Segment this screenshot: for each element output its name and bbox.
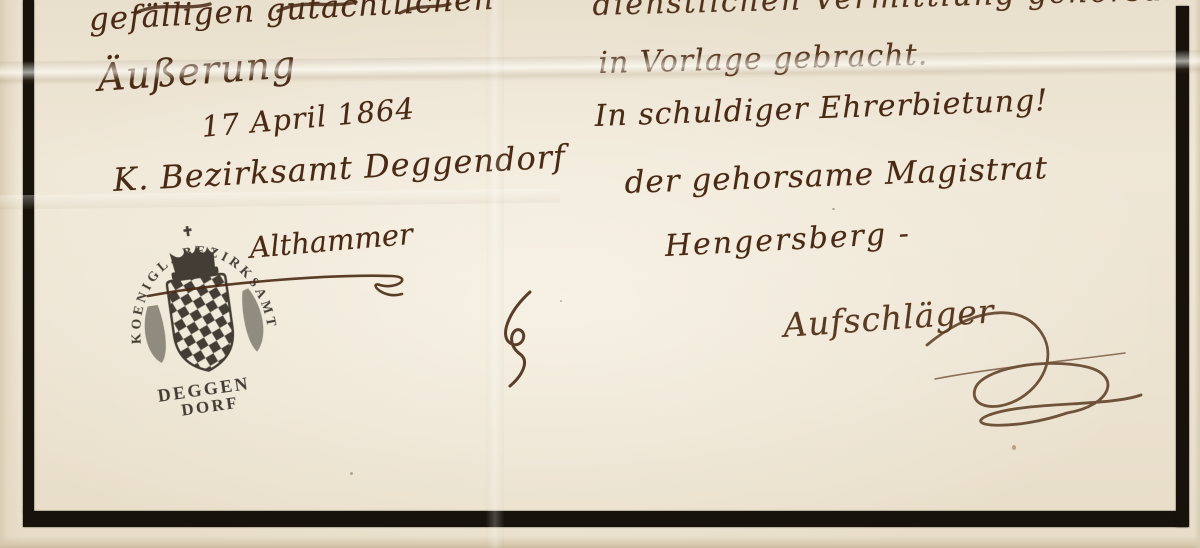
right-line-hengersberg: Hengersberg - bbox=[664, 216, 912, 264]
letter-page: gefälligen gutachtlichen Äußerung 17 Apr… bbox=[0, 0, 1200, 548]
left-line-aeusserung: Äußerung bbox=[96, 42, 298, 100]
secondary-fold-crease bbox=[0, 189, 560, 210]
paper-edge-right bbox=[1194, 0, 1200, 548]
ink-speck bbox=[560, 300, 562, 302]
althammer-signature-flourish bbox=[142, 260, 452, 312]
frame-border-bottom bbox=[23, 511, 1188, 527]
frame-border-right bbox=[1176, 6, 1189, 527]
right-line-1: dienstlichen Vermittlung gehorsamst bbox=[592, 0, 1200, 23]
ink-speck bbox=[1012, 445, 1016, 450]
right-line-2: in Vorlage gebracht. bbox=[598, 37, 929, 81]
paper-edge-bottom bbox=[0, 536, 1200, 548]
central-paraph-mark bbox=[474, 286, 570, 398]
aufschlaeger-signature-flourish bbox=[915, 295, 1145, 435]
official-ink-stamp: KOENIGL. BEZIRKSAMT DEGGEN DORF bbox=[103, 208, 301, 430]
frame-border-left bbox=[23, 0, 34, 512]
right-line-3: In schuldiger Ehrerbietung! bbox=[594, 83, 1049, 134]
office-address-line: K. Bezirksamt Deggendorf bbox=[112, 137, 567, 199]
left-supporter-smudge bbox=[142, 305, 169, 365]
ink-speck bbox=[832, 208, 835, 210]
date-line: 17 April 1864 bbox=[200, 91, 416, 144]
ink-speck bbox=[350, 472, 353, 475]
paper-edge-left bbox=[0, 0, 20, 548]
cropped-line-remnant-strokes bbox=[128, 0, 458, 16]
right-line-4: der gehorsame Magistrat bbox=[624, 150, 1049, 201]
vertical-fold-crease bbox=[486, 0, 504, 548]
